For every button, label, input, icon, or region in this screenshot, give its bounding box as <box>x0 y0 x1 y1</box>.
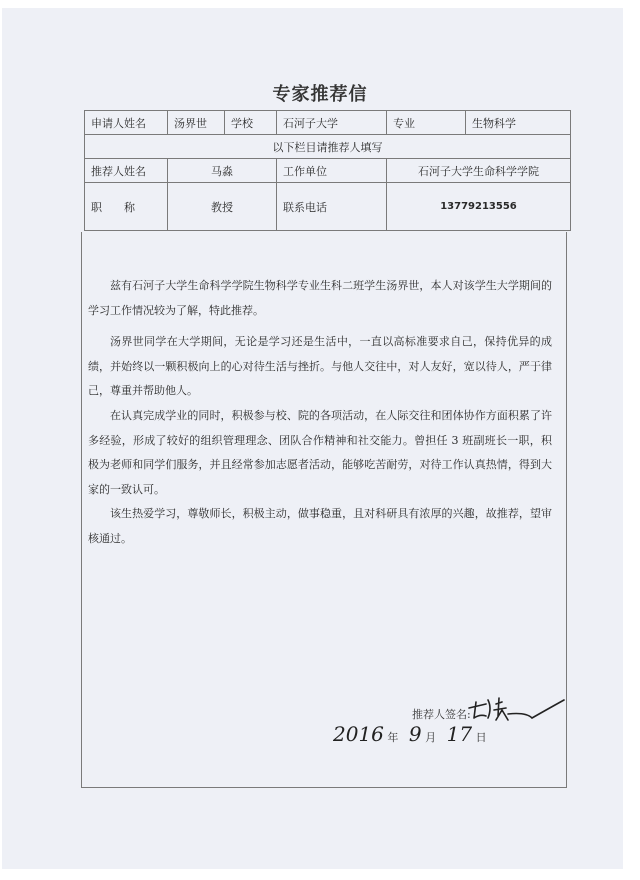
title-value: 教授 <box>168 183 277 231</box>
date-year: 2016 <box>333 722 384 746</box>
applicant-row: 申请人姓名 汤界世 学校 石河子大学 专业 生物科学 <box>85 111 571 135</box>
paragraph-3: 在认真完成学业的同时，积极参与校、院的各项活动，在人际交往和团体协作方面积累了许… <box>88 404 552 502</box>
paragraph-2: 汤界世同学在大学期间，无论是学习还是生活中，一直以高标准要求自己，保持优异的成绩… <box>88 330 552 404</box>
date-day: 17 <box>447 722 472 746</box>
section-header: 以下栏目请推荐人填写 <box>85 135 571 159</box>
workplace-label: 工作单位 <box>277 159 387 183</box>
major-label: 专业 <box>387 111 466 135</box>
recommender-name-label: 推荐人姓名 <box>85 159 168 183</box>
school-label: 学校 <box>225 111 277 135</box>
paragraph-1: 兹有石河子大学生命科学学院生物科学专业生科二班学生汤界世，本人对该学生大学期间的… <box>88 274 552 323</box>
title-label-text: 职称 <box>91 201 157 214</box>
recommender-name-value: 马淼 <box>168 159 277 183</box>
section-header-row: 以下栏目请推荐人填写 <box>85 135 571 159</box>
recommender-row: 推荐人姓名 马淼 工作单位 石河子大学生命科学学院 <box>85 159 571 183</box>
title-row: 职称 教授 联系电话 13779213556 <box>85 183 571 231</box>
title-label: 职称 <box>85 183 168 231</box>
date-day-unit: 日 <box>476 731 487 744</box>
applicant-name-label: 申请人姓名 <box>85 111 168 135</box>
signature-label: 推荐人签名: <box>412 706 471 722</box>
paragraph-4: 该生热爱学习，尊敬师长，积极主动，做事稳重，且对科研具有浓厚的兴趣，故推荐，望审… <box>88 502 552 551</box>
applicant-name-value: 汤界世 <box>168 111 225 135</box>
signature-date: 2016 年 9 月 17 日 <box>333 722 487 746</box>
date-month-unit: 月 <box>425 731 436 744</box>
date-year-unit: 年 <box>387 731 398 744</box>
date-month: 9 <box>409 722 422 746</box>
workplace-value: 石河子大学生命科学学院 <box>387 159 571 183</box>
school-value: 石河子大学 <box>277 111 387 135</box>
info-table: 申请人姓名 汤界世 学校 石河子大学 专业 生物科学 以下栏目请推荐人填写 推荐… <box>84 110 571 231</box>
document-title: 专家推荐信 <box>0 80 640 106</box>
phone-label: 联系电话 <box>277 183 387 231</box>
phone-value: 13779213556 <box>387 183 571 231</box>
major-value: 生物科学 <box>466 111 571 135</box>
